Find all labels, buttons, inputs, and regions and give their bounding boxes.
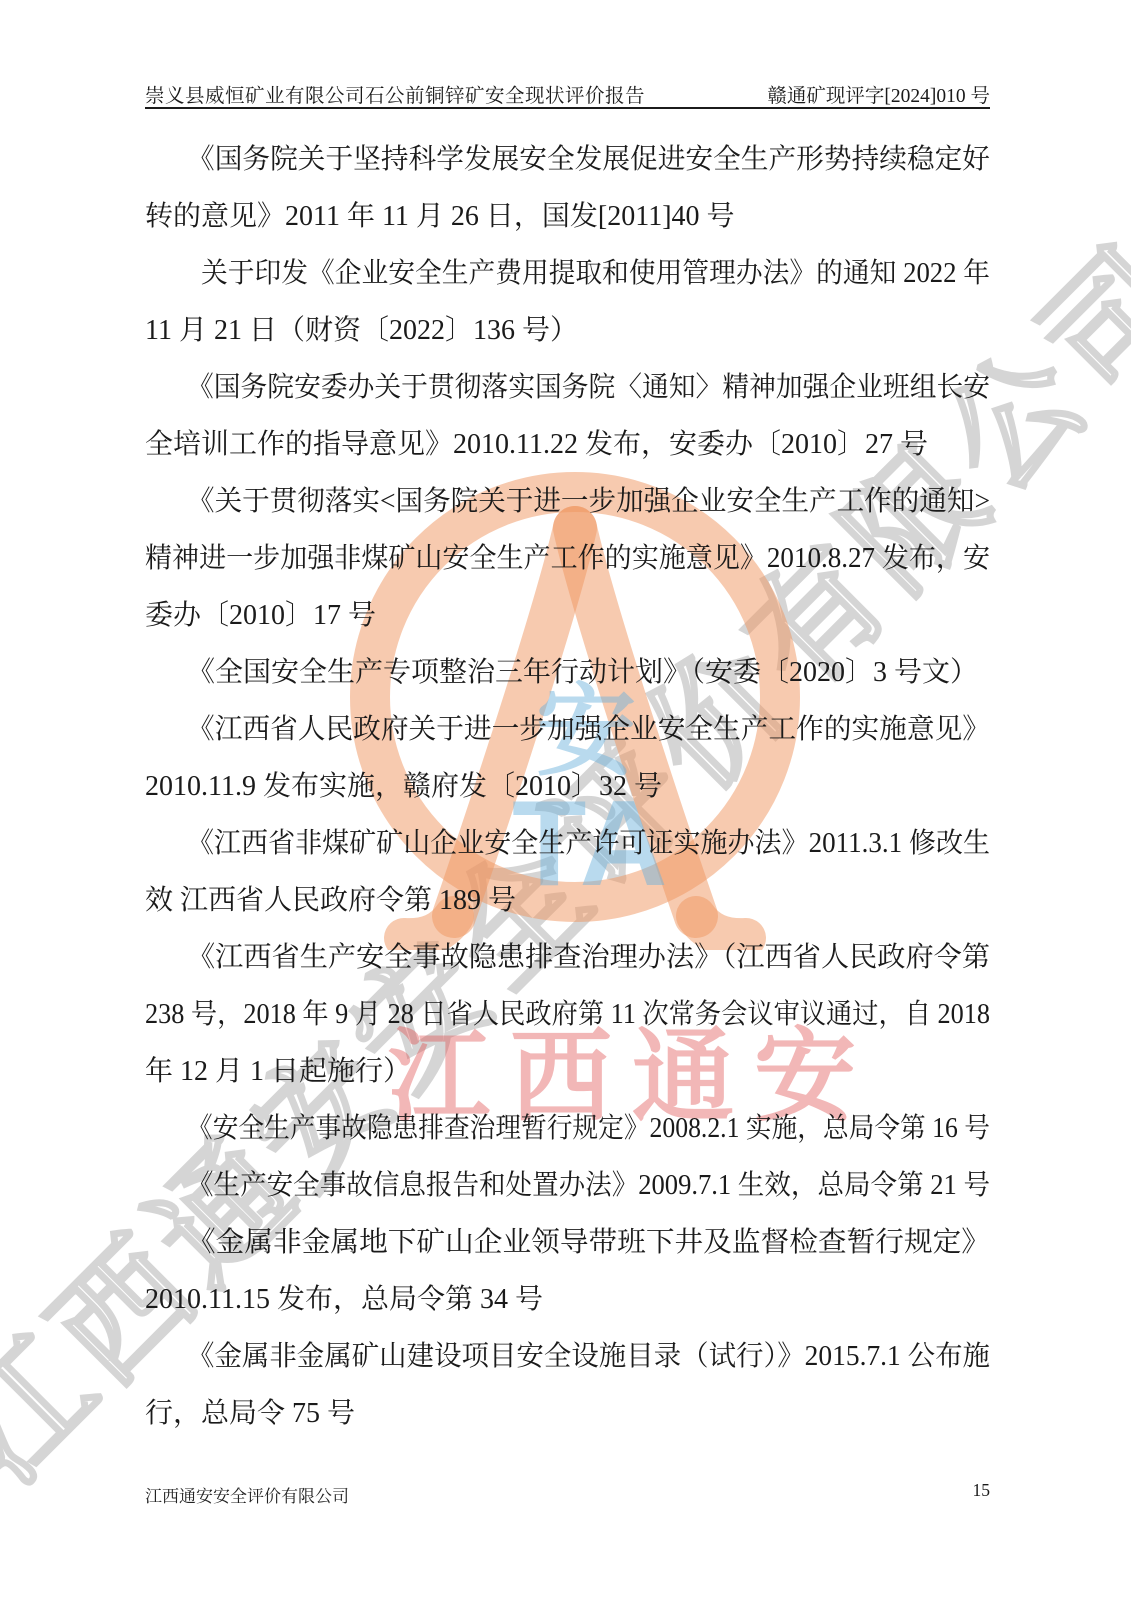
body-line: 《国务院关于坚持科学发展安全发展促进安全生产形势持续稳定好 — [145, 131, 990, 188]
body-line-text: 精神进一步加强非煤矿山安全生产工作的实施意见》2010.8.27 发布，安 — [145, 530, 990, 587]
body-line: 《国务院安委办关于贯彻落实国务院〈通知〉精神加强企业班组长安 — [145, 359, 990, 416]
body-line: 2010.11.15 发布，总局令第 34 号 — [145, 1271, 990, 1328]
header-document-number: 赣通矿现评字[2024]010 号 — [767, 80, 990, 108]
body-line-text: 《生产安全事故信息报告和处置办法》2009.7.1 生效，总局令第 21 号 — [187, 1157, 990, 1214]
body-line-text: 《金属非金属地下矿山企业领导带班下井及监督检查暂行规定》 — [187, 1214, 990, 1271]
body-line-text: 2010.11.15 发布，总局令第 34 号 — [145, 1271, 543, 1328]
body-line: 委办〔2010〕17 号 — [145, 587, 990, 644]
document-page: 江西通安安全评价有限公司 安 TA 江西通安 崇义县威恒矿业有限公司石公前铜锌矿… — [0, 0, 1131, 1600]
body-line: 2010.11.9 发布实施，赣府发〔2010〕32 号 — [145, 758, 990, 815]
body-line: 精神进一步加强非煤矿山安全生产工作的实施意见》2010.8.27 发布，安 — [145, 530, 990, 587]
body-line: 行，总局令 75 号 — [145, 1385, 990, 1442]
footer-company-name: 江西通安安全评价有限公司 — [145, 1482, 349, 1507]
body-line-text: 转的意见》2011 年 11 月 26 日，国发[2011]40 号 — [145, 188, 735, 245]
document-body: 《国务院关于坚持科学发展安全发展促进安全生产形势持续稳定好转的意见》2011 年… — [145, 131, 990, 1442]
body-line-text: 《国务院安委办关于贯彻落实国务院〈通知〉精神加强企业班组长安 — [187, 359, 990, 416]
header-rule — [145, 107, 990, 109]
page-number: 15 — [973, 1480, 991, 1501]
body-line-text: 《江西省非煤矿矿山企业安全生产许可证实施办法》2011.3.1 修改生 — [187, 815, 990, 872]
body-line: 11 月 21 日（财资〔2022〕136 号） — [145, 302, 990, 359]
header-report-title: 崇义县威恒矿业有限公司石公前铜锌矿安全现状评价报告 — [145, 80, 645, 108]
body-line-text: 全培训工作的指导意见》2010.11.22 发布，安委办〔2010〕27 号 — [145, 416, 928, 473]
body-line-text: 11 月 21 日（财资〔2022〕136 号） — [145, 302, 578, 359]
body-line: 《全国安全生产专项整治三年行动计划》（安委〔2020〕3 号文） — [145, 644, 990, 701]
body-line: 《关于贯彻落实<国务院关于进一步加强企业安全生产工作的通知> — [145, 473, 990, 530]
body-line-text: 关于印发《企业安全生产费用提取和使用管理办法》的通知 2022 年 — [201, 245, 990, 302]
body-line-text: 《金属非金属矿山建设项目安全设施目录（试行）》2015.7.1 公布施 — [187, 1328, 990, 1385]
body-line: 效 江西省人民政府令第 189 号 — [145, 872, 990, 929]
body-line-text: 《安全生产事故隐患排查治理暂行规定》2008.2.1 实施，总局令第 16 号 — [187, 1100, 990, 1157]
body-line-text: 效 江西省人民政府令第 189 号 — [145, 872, 516, 929]
body-line: 《安全生产事故隐患排查治理暂行规定》2008.2.1 实施，总局令第 16 号 — [145, 1100, 990, 1157]
body-line-text: 《全国安全生产专项整治三年行动计划》（安委〔2020〕3 号文） — [187, 644, 978, 701]
body-line-text: 《江西省人民政府关于进一步加强企业安全生产工作的实施意见》 — [187, 701, 990, 758]
body-line: 《金属非金属矿山建设项目安全设施目录（试行）》2015.7.1 公布施 — [145, 1328, 990, 1385]
body-line: 《江西省非煤矿矿山企业安全生产许可证实施办法》2011.3.1 修改生 — [145, 815, 990, 872]
body-line-text: 年 12 月 1 日起施行） — [145, 1043, 411, 1100]
body-line-text: 行，总局令 75 号 — [145, 1385, 355, 1442]
body-line-text: 委办〔2010〕17 号 — [145, 587, 376, 644]
body-line: 238 号，2018 年 9 月 28 日省人民政府第 11 次常务会议审议通过… — [145, 986, 990, 1043]
body-line: 《金属非金属地下矿山企业领导带班下井及监督检查暂行规定》 — [145, 1214, 990, 1271]
body-line: 转的意见》2011 年 11 月 26 日，国发[2011]40 号 — [145, 188, 990, 245]
body-line-text: 238 号，2018 年 9 月 28 日省人民政府第 11 次常务会议审议通过… — [145, 986, 990, 1043]
body-line: 全培训工作的指导意见》2010.11.22 发布，安委办〔2010〕27 号 — [145, 416, 990, 473]
body-line: 关于印发《企业安全生产费用提取和使用管理办法》的通知 2022 年 — [145, 245, 990, 302]
body-line-text: 2010.11.9 发布实施，赣府发〔2010〕32 号 — [145, 758, 662, 815]
body-line: 《江西省生产安全事故隐患排查治理办法》（江西省人民政府令第 — [145, 929, 990, 986]
body-line-text: 《国务院关于坚持科学发展安全发展促进安全生产形势持续稳定好 — [187, 131, 990, 188]
body-line-text: 《关于贯彻落实<国务院关于进一步加强企业安全生产工作的通知> — [187, 473, 990, 530]
body-line: 《江西省人民政府关于进一步加强企业安全生产工作的实施意见》 — [145, 701, 990, 758]
body-line: 年 12 月 1 日起施行） — [145, 1043, 990, 1100]
body-line: 《生产安全事故信息报告和处置办法》2009.7.1 生效，总局令第 21 号 — [145, 1157, 990, 1214]
body-line-text: 《江西省生产安全事故隐患排查治理办法》（江西省人民政府令第 — [187, 929, 990, 986]
